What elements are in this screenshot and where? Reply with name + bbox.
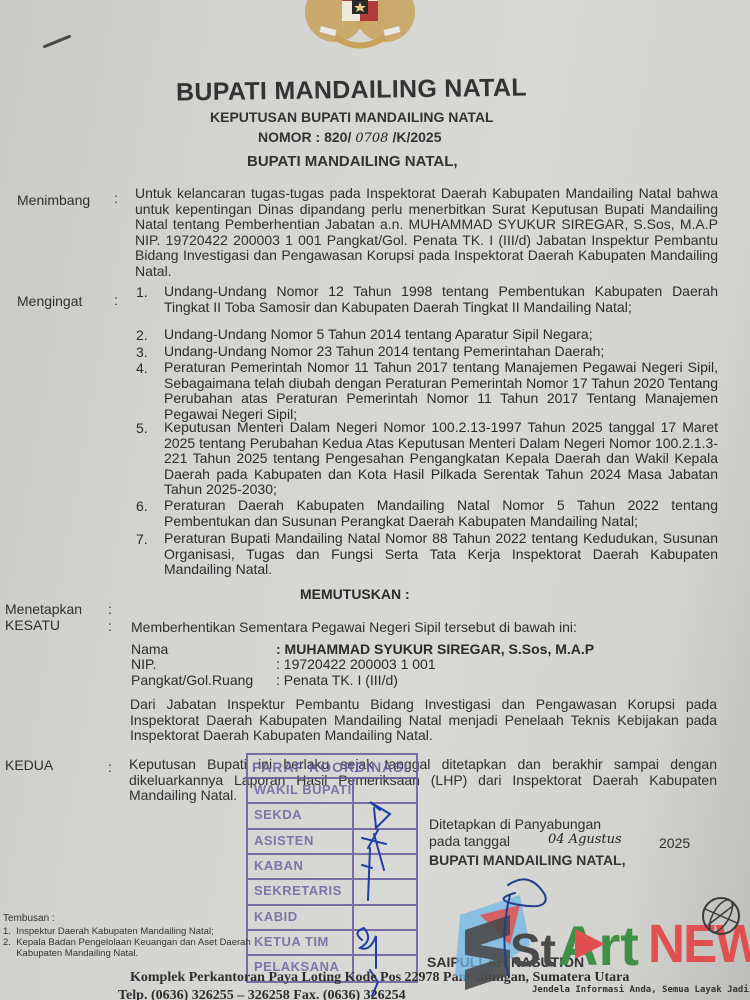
colon: : bbox=[114, 190, 118, 206]
kesatu-text: Dari Jabatan Inspektur Pembantu Bidang I… bbox=[130, 697, 717, 744]
issuer-heading: BUPATI MANDAILING NATAL, bbox=[247, 153, 458, 170]
stamp-row-label: SEKDA bbox=[254, 807, 302, 822]
startnews-watermark: St Art NEWS Jendela Informasi Anda, Semu… bbox=[450, 875, 750, 1000]
stamp-row-label: WAKIL BUPATI bbox=[254, 782, 352, 797]
menimbang-text: Untuk kelancaran tugas-tugas pada Inspek… bbox=[135, 186, 718, 280]
field-value: : Penata TK. I (III/d) bbox=[276, 673, 398, 689]
mengingat-item: 6.Peraturan Daerah Kabupaten Mandailing … bbox=[136, 498, 718, 529]
item-text: Undang-Undang Nomor 5 Tahun 2014 tentang… bbox=[164, 327, 718, 343]
colon: : bbox=[114, 292, 118, 308]
kedua-label: KEDUA bbox=[5, 757, 53, 773]
signature-date-handwritten: 04 Agustus bbox=[548, 832, 622, 847]
kesatu-label: KESATU bbox=[5, 617, 60, 633]
kesatu-intro: Memberhentikan Sementara Pegawai Negeri … bbox=[131, 619, 577, 635]
pen-mark bbox=[43, 34, 72, 48]
item-number: 7. bbox=[136, 531, 148, 547]
colon: : bbox=[108, 601, 112, 617]
item-number: 5. bbox=[136, 420, 148, 436]
menimbang-label: Menimbang bbox=[17, 192, 90, 208]
mengingat-item: 1.Undang-Undang Nomor 12 Tahun 1998 tent… bbox=[136, 284, 718, 315]
item-text: Peraturan Pemerintah Nomor 11 Tahun 2017… bbox=[164, 360, 718, 422]
item-number: 3. bbox=[136, 344, 148, 360]
tembusan-item: Kabupaten Mandailing Natal. bbox=[3, 948, 138, 959]
item-text: Peraturan Daerah Kabupaten Mandailing Na… bbox=[164, 498, 718, 529]
item-text: Undang-Undang Nomor 12 Tahun 1998 tentan… bbox=[164, 284, 718, 315]
garuda-emblem-icon bbox=[300, 0, 420, 60]
item-text: Undang-Undang Nomor 23 Tahun 2014 tentan… bbox=[164, 344, 718, 360]
mengingat-item: 2.Undang-Undang Nomor 5 Tahun 2014 tenta… bbox=[136, 327, 718, 343]
item-number: 2. bbox=[136, 327, 148, 343]
stamp-row-label: SEKRETARIS bbox=[254, 883, 342, 898]
red-arrow-icon bbox=[575, 929, 605, 959]
paraf-signatures bbox=[340, 790, 430, 1000]
field-value: : 19720422 200003 1 001 bbox=[276, 657, 436, 673]
decree-title: KEPUTUSAN BUPATI MANDAILING NATAL bbox=[210, 109, 494, 125]
globe-icon bbox=[700, 895, 742, 937]
item-number: 1. bbox=[136, 284, 148, 300]
watermark-tagline: Jendela Informasi Anda, Semua Layak Jadi… bbox=[532, 985, 750, 995]
signature-year: 2025 bbox=[659, 835, 690, 851]
stamp-row-label: KABAN bbox=[254, 858, 303, 873]
colon: : bbox=[108, 759, 112, 775]
stamp-heading: PARAF KOORDINASI bbox=[252, 759, 409, 775]
mengingat-item: 3.Undang-Undang Nomor 23 Tahun 2014 tent… bbox=[136, 344, 718, 360]
mengingat-item: 7.Peraturan Bupati Mandailing Natal Nomo… bbox=[136, 531, 718, 578]
field-label: NIP. bbox=[131, 657, 156, 673]
stamp-row-label: KABID bbox=[254, 909, 298, 924]
signature-office: BUPATI MANDAILING NATAL, bbox=[429, 852, 626, 868]
number-prefix: NOMOR : 820/ bbox=[258, 129, 351, 145]
tembusan-item: 1. Inspektur Daerah Kabupaten Mandailing… bbox=[3, 926, 214, 937]
item-text: Peraturan Bupati Mandailing Natal Nomor … bbox=[164, 531, 718, 578]
item-number: 6. bbox=[136, 498, 148, 514]
tembusan-item: 2. Kepala Badan Pengelolaan Keuangan dan… bbox=[3, 937, 251, 948]
tembusan-label: Tembusan : bbox=[3, 913, 55, 924]
number-suffix: /K/2025 bbox=[392, 129, 441, 145]
item-number: 4. bbox=[136, 360, 148, 376]
menetapkan-label: Menetapkan bbox=[5, 601, 82, 617]
signature-date-label: pada tanggal bbox=[429, 833, 510, 849]
number-handwritten: 0708 bbox=[355, 131, 388, 146]
mengingat-item: 5.Keputusan Menteri Dalam Negeri Nomor 1… bbox=[136, 420, 718, 498]
stamp-row-label: ASISTEN bbox=[254, 833, 314, 848]
decree-number: NOMOR : 820/0708/K/2025 bbox=[258, 129, 442, 146]
stamp-row-label: KETUA TIM bbox=[254, 934, 329, 949]
colon: : bbox=[108, 618, 112, 634]
memutuskan-heading: MEMUTUSKAN : bbox=[300, 586, 410, 602]
footer-phone: Telp. (0636) 326255 – 326258 Fax. (0636)… bbox=[118, 988, 406, 1000]
signature-place: Ditetapkan di Panyabungan bbox=[429, 816, 601, 832]
item-text: Keputusan Menteri Dalam Negeri Nomor 100… bbox=[164, 420, 718, 498]
document-title: BUPATI MANDAILING NATAL bbox=[176, 74, 527, 108]
mengingat-label: Mengingat bbox=[17, 293, 82, 309]
mengingat-item: 4.Peraturan Pemerintah Nomor 11 Tahun 20… bbox=[136, 360, 718, 422]
field-label: Pangkat/Gol.Ruang bbox=[131, 673, 253, 689]
brand-st: St bbox=[510, 923, 556, 977]
